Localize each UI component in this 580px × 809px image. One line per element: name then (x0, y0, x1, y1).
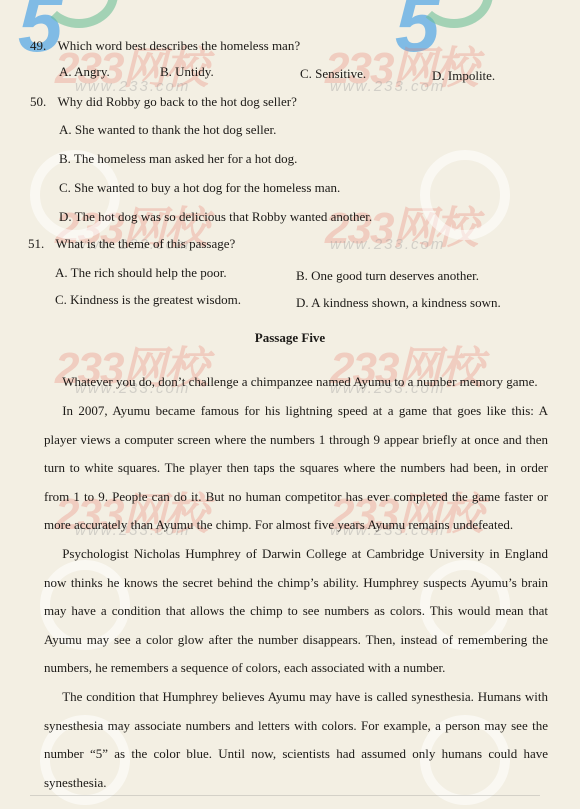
option-50-b: B. The homeless man asked her for a hot … (59, 151, 297, 167)
page-bottom-rule (30, 795, 540, 796)
passage-paragraph-1: Whatever you do, don’t challenge a chimp… (44, 368, 548, 397)
brand-watermark: 233网校 (325, 32, 476, 96)
question-number: 49. (30, 38, 46, 53)
logo-watermark-right: 5 (395, 0, 440, 70)
option-51-a: A. The rich should help the poor. (55, 265, 227, 281)
option-51-c: C. Kindness is the greatest wisdom. (55, 292, 241, 308)
swirl-watermark-right (415, 0, 493, 28)
option-49-a: A. Angry. (59, 64, 110, 80)
passage-paragraph-2: In 2007, Ayumu became famous for his lig… (44, 397, 548, 540)
passage-paragraph-4: The condition that Humphrey believes Ayu… (44, 683, 548, 797)
option-50-a: A. She wanted to thank the hot dog selle… (59, 122, 276, 138)
question-text: Which word best describes the homeless m… (58, 38, 301, 53)
question-49: 49. Which word best describes the homele… (30, 38, 300, 54)
option-50-c: C. She wanted to buy a hot dog for the h… (59, 180, 340, 196)
passage-title: Passage Five (0, 330, 580, 346)
ring-watermark (420, 150, 510, 240)
logo-watermark-left: 5 (18, 0, 63, 70)
option-51-b: B. One good turn deserves another. (296, 268, 479, 284)
option-49-d: D. Impolite. (432, 68, 495, 84)
swirl-watermark-left (40, 0, 118, 28)
question-text: Why did Robby go back to the hot dog sel… (58, 94, 297, 109)
question-50: 50. Why did Robby go back to the hot dog… (30, 94, 297, 110)
passage-paragraph-3: Psychologist Nicholas Humphrey of Darwin… (44, 540, 548, 683)
question-number: 51. (28, 236, 44, 251)
question-number: 50. (30, 94, 46, 109)
option-49-b: B. Untidy. (160, 64, 214, 80)
exam-page: 5 5 233网校 233网校 www.233.com www.233.com … (0, 0, 580, 809)
url-watermark: www.233.com (75, 78, 190, 95)
url-watermark: www.233.com (330, 236, 445, 253)
question-51: 51. What is the theme of this passage? (28, 236, 235, 252)
option-50-d: D. The hot dog was so delicious that Rob… (59, 209, 372, 225)
option-49-c: C. Sensitive. (300, 66, 366, 82)
option-51-d: D. A kindness shown, a kindness sown. (296, 295, 501, 311)
question-text: What is the theme of this passage? (56, 236, 236, 251)
